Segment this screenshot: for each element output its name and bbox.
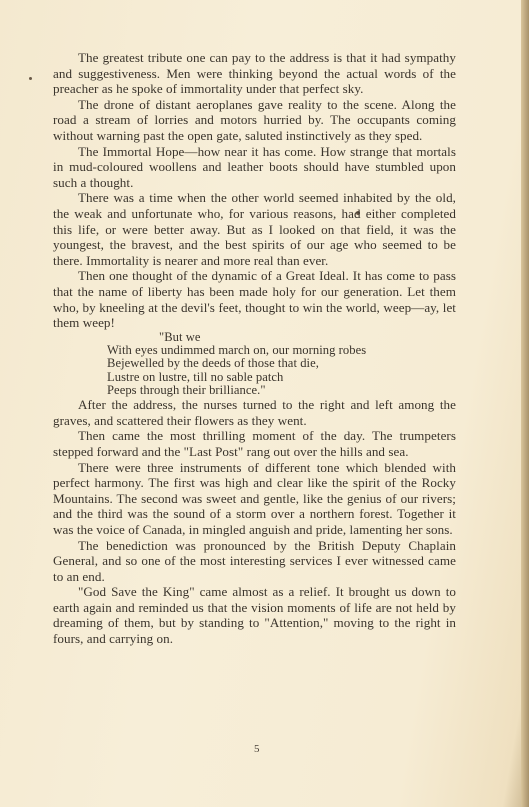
poem-quote: "But we With eyes undimmed march on, our… [53, 331, 456, 397]
page-number: 5 [254, 743, 260, 755]
paragraph: Then one thought of the dynamic of a Gre… [53, 268, 456, 330]
poem-line: "But we [107, 331, 456, 344]
book-page: The greatest tribute one can pay to the … [0, 0, 529, 807]
poem-line: Bejewelled by the deeds of those that di… [107, 357, 456, 370]
paragraph: "God Save the King" came almost as a rel… [53, 584, 456, 646]
page-edge-shadow [521, 0, 529, 807]
paragraph: There were three instruments of differen… [53, 460, 456, 538]
paragraph: Then came the most thrilling moment of t… [53, 428, 456, 459]
paragraph: The Immortal Hope—how near it has come. … [53, 144, 456, 191]
poem-line: Lustre on lustre, till no sable patch [107, 371, 456, 384]
paragraph: The drone of distant aeroplanes gave rea… [53, 97, 456, 144]
poem-line: Peeps through their brilliance." [107, 384, 456, 397]
paragraph: The benediction was pronounced by the Br… [53, 538, 456, 585]
paragraph: The greatest tribute one can pay to the … [53, 50, 456, 97]
paragraph: After the address, the nurses turned to … [53, 397, 456, 428]
paragraph: There was a time when the other world se… [53, 190, 456, 268]
body-text: The greatest tribute one can pay to the … [53, 50, 456, 647]
ink-speck [29, 77, 32, 80]
poem-line: With eyes undimmed march on, our morning… [107, 344, 456, 357]
